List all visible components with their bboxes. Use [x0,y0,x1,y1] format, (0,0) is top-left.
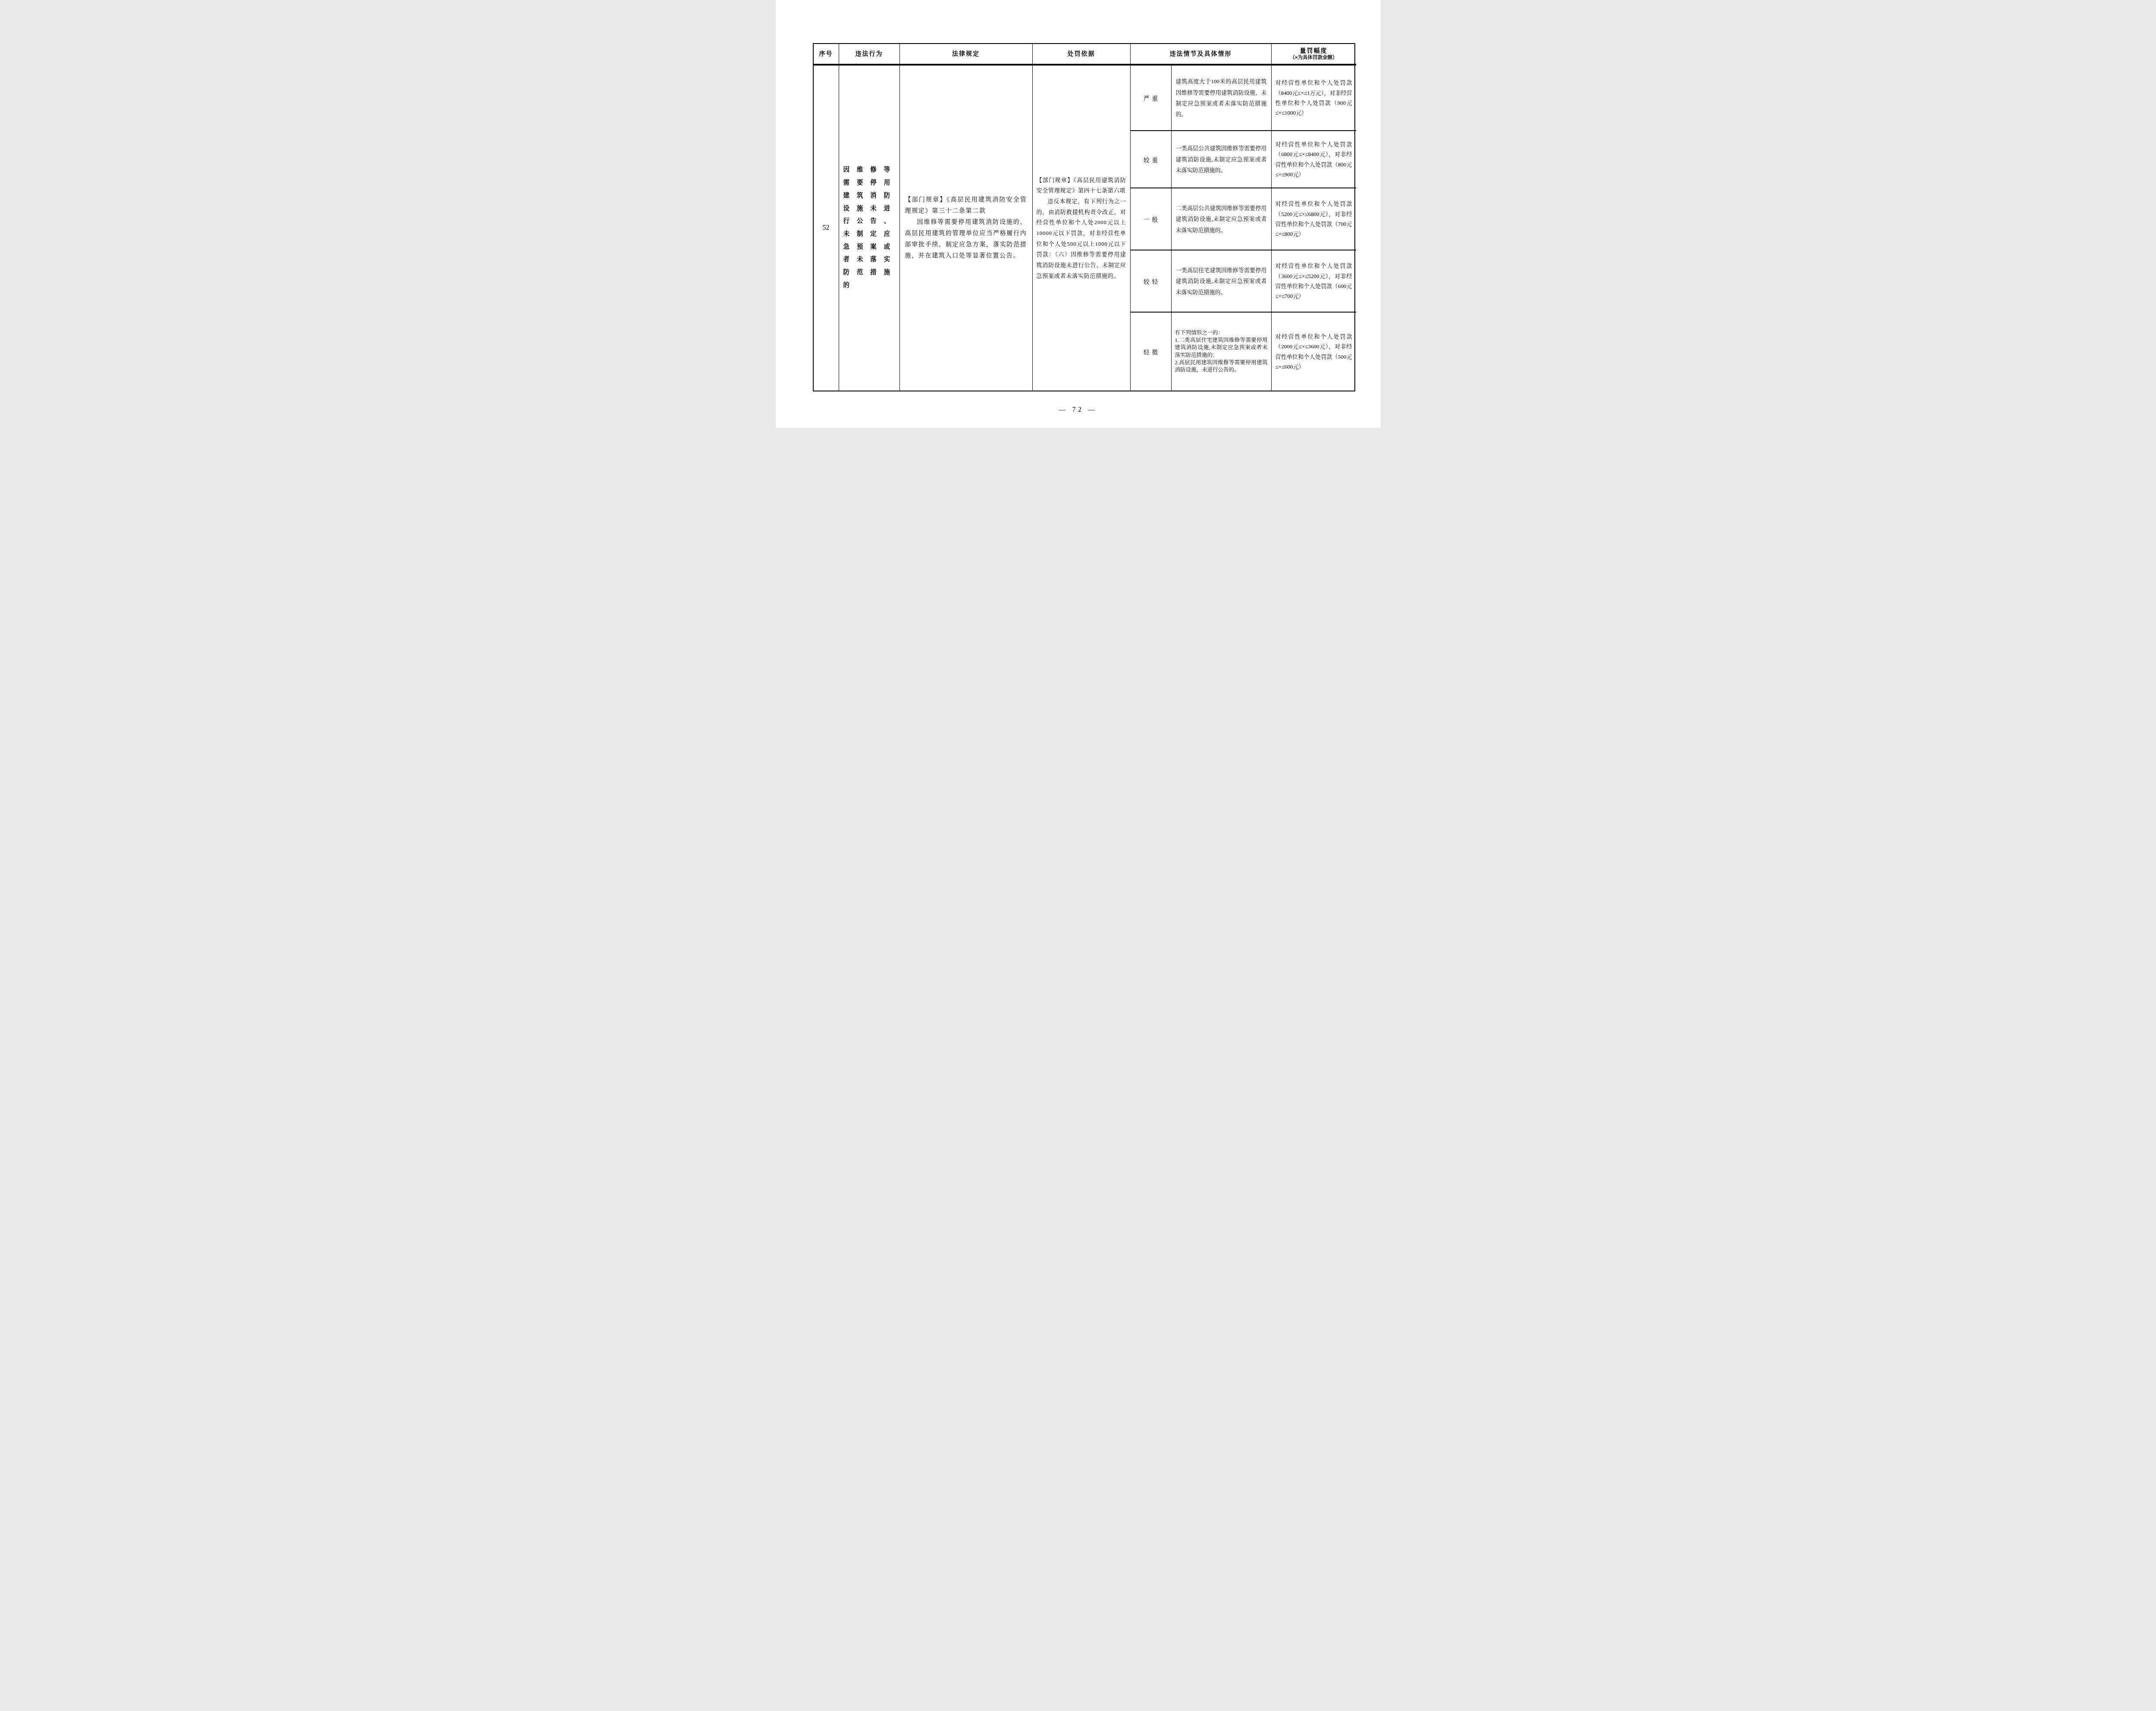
severity-level-3: 一般 [1131,188,1172,250]
header-behavior: 违法行为 [839,44,900,66]
circumstance-1: 建筑高度大于100米的高层民用建筑因维修等需要停用建筑消防设施，未制定应急预案或… [1172,66,1272,130]
penalty-range-3: 对经营性单位和个人处罚款（5200元≤×≤6800元），对非经营性单位和个人处罚… [1272,188,1356,250]
penalty-basis-body: 违反本规定，有下列行为之一的，由消防救援机构责令改正，对经营性单位和个人处200… [1037,196,1126,282]
circumstance-5-item-1: 1.二类高层住宅建筑因维修等需要停用建筑消防设施,未制定应急预案或者未落实防范措… [1175,337,1268,359]
legal-provision-body: 因维修等需要停用建筑消防设施的，高层民用建筑的管理单位应当严格履行内部审批手续，… [905,217,1027,262]
penalty-basis-title: 【部门规章】《高层民用建筑消防安全管理规定》第四十七条第六项 [1037,175,1126,196]
header-basis: 处罚依据 [1033,44,1131,66]
cell-penalty-basis: 【部门规章】《高层民用建筑消防安全管理规定》第四十七条第六项 违反本规定，有下列… [1033,66,1131,391]
cell-serial-number: 52 [814,66,839,391]
circumstance-2: 一类高层公共建筑因维修等需要停用建筑消防设施,未制定应急预案或者未落实防范措施的… [1172,130,1272,188]
illegal-behavior-text: 因维修等需要停用建筑消防设施未进行公告、未制定应急预案或者未落实防范措施的 [843,164,895,292]
cell-legal-provision: 【部门规章】《高层民用建筑消防安全管理规定》第三十二条第二款 因维修等需要停用建… [900,66,1033,391]
circumstance-5-item-2: 2.高层民用建筑因维修等需要停用建筑消防设施，未进行公告的。 [1175,359,1268,374]
penalty-range-2: 对经营性单位和个人处罚款（6800元≤×≤8400元），对非经营性单位和个人处罚… [1272,130,1356,188]
circumstance-2-text: 一类高层公共建筑因维修等需要停用建筑消防设施,未制定应急预案或者未落实防范措施的… [1176,143,1267,175]
document-page: 序号 违法行为 法律规定 处罚依据 违法情节及具体情形 量罚幅度 （×为具体罚款… [776,0,1381,428]
header-serial: 序号 [814,44,839,66]
circumstance-4: 一类高层住宅建筑因维修等需要停用建筑消防设施,未制定应急预案或者未落实防范措施的… [1172,250,1272,312]
circumstance-5-intro: 有下列情形之一的： [1175,329,1268,337]
penalty-range-1: 对经营性单位和个人处罚款（8400元≤×≤1万元），对非经营性单位和个人处罚款（… [1272,66,1356,130]
circumstance-3: 二类高层公共建筑因维修等需要停用建筑消防设施,未制定应急预案或者未落实防范措施的… [1172,188,1272,250]
circumstance-4-text: 一类高层住宅建筑因维修等需要停用建筑消防设施,未制定应急预案或者未落实防范措施的… [1176,265,1267,297]
header-penalty-range: 量罚幅度 （×为具体罚款金额） [1272,44,1356,66]
penalty-range-1-text: 对经营性单位和个人处罚款（8400元≤×≤1万元），对非经营性单位和个人处罚款（… [1275,78,1352,118]
penalty-range-4-text: 对经营性单位和个人处罚款（3600元≤×≤5200元），对非经营性单位和个人处罚… [1275,261,1352,301]
circumstance-3-text: 二类高层公共建筑因维修等需要停用建筑消防设施,未制定应急预案或者未落实防范措施的… [1176,203,1267,235]
penalty-range-5-text: 对经营性单位和个人处罚款（2000元≤×≤3600元），对非经营性单位和个人处罚… [1275,332,1352,372]
penalty-range-3-text: 对经营性单位和个人处罚款（5200元≤×≤6800元），对非经营性单位和个人处罚… [1275,199,1352,239]
header-penalty-range-line2: （×为具体罚款金额） [1290,55,1337,61]
severity-level-4: 较轻 [1131,250,1172,312]
penalty-standards-table: 序号 违法行为 法律规定 处罚依据 违法情节及具体情形 量罚幅度 （×为具体罚款… [813,43,1355,391]
header-legal: 法律规定 [900,44,1033,66]
header-penalty-range-line1: 量罚幅度 [1300,47,1328,55]
circumstance-5: 有下列情形之一的： 1.二类高层住宅建筑因维修等需要停用建筑消防设施,未制定应急… [1172,312,1272,391]
page-number: — 72 — [776,406,1381,414]
circumstance-1-text: 建筑高度大于100米的高层民用建筑因维修等需要停用建筑消防设施，未制定应急预案或… [1176,76,1267,119]
legal-provision-title: 【部门规章】《高层民用建筑消防安全管理规定》第三十二条第二款 [905,194,1027,217]
header-circumstance: 违法情节及具体情形 [1131,44,1272,66]
severity-level-1: 严重 [1131,66,1172,130]
cell-illegal-behavior: 因维修等需要停用建筑消防设施未进行公告、未制定应急预案或者未落实防范措施的 [839,66,900,391]
penalty-range-4: 对经营性单位和个人处罚款（3600元≤×≤5200元），对非经营性单位和个人处罚… [1272,250,1356,312]
penalty-range-5: 对经营性单位和个人处罚款（2000元≤×≤3600元），对非经营性单位和个人处罚… [1272,312,1356,391]
penalty-range-2-text: 对经营性单位和个人处罚款（6800元≤×≤8400元），对非经营性单位和个人处罚… [1275,139,1352,180]
severity-level-2: 较重 [1131,130,1172,188]
severity-level-5: 轻微 [1131,312,1172,391]
